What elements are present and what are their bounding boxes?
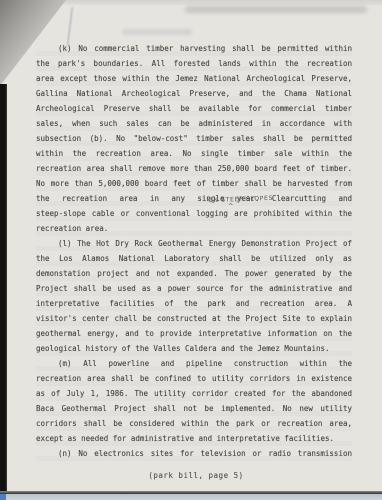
text-line: subsection (b). No "below-cost" timber s… bbox=[36, 131, 352, 146]
text-line: the park's boundaries. All forested land… bbox=[36, 56, 352, 71]
text-line: interpretative facilities of the park an… bbox=[36, 296, 352, 311]
text-line: demonstation project and not expanded. T… bbox=[36, 266, 352, 281]
text-line: the recreation area in any single year. … bbox=[36, 191, 352, 206]
scanned-page: (k) No commercial timber harvesting shal… bbox=[0, 0, 382, 500]
text-line: No more than 5,000,000 board feet of tim… bbox=[36, 176, 352, 191]
text-line: corridors shall be considered within the… bbox=[36, 416, 352, 431]
text-line: Baca Geothermal Project shall not be imp… bbox=[36, 401, 352, 416]
text-line: Gallina National Archeological Preserve,… bbox=[36, 86, 352, 101]
text-line: Project shall be used as a power source … bbox=[36, 281, 352, 296]
text-line: within the recreation area. No single ti… bbox=[36, 146, 352, 161]
scan-left-edge bbox=[0, 84, 7, 492]
text-line-with-insertion: steep-slope cable or conventional loggin… bbox=[36, 206, 352, 221]
scan-smudge bbox=[185, 6, 367, 13]
document-body: (k) No commercial timber harvesting shal… bbox=[36, 41, 352, 461]
page-footer: (park bill, page 5) bbox=[0, 471, 382, 480]
text-line: (m) All powerline and pipeline construct… bbox=[36, 356, 352, 371]
text-line: as of July 1, 1986. The utility corridor… bbox=[36, 386, 352, 401]
scanner-bed-strip bbox=[0, 494, 382, 500]
text-line: except as needed for administrative and … bbox=[36, 431, 352, 446]
text-line: visitor's center chall be constructed at… bbox=[36, 311, 352, 326]
text-line: geothermal energy, and to provide interp… bbox=[36, 326, 352, 341]
text-line: Archeological Preserve shall be availabl… bbox=[36, 101, 352, 116]
scan-smudge bbox=[122, 29, 192, 35]
text-line: recreation area. bbox=[36, 221, 352, 236]
text-line: geological history of the Valles Caldera… bbox=[36, 341, 352, 356]
text-line: area except those within the Jemez Natio… bbox=[36, 71, 352, 86]
text-line: sales, when such sales can be administer… bbox=[36, 116, 352, 131]
text-line: the Los Alamos National Laboratory shall… bbox=[36, 251, 352, 266]
text-line: recreation area shall remove more than 2… bbox=[36, 161, 352, 176]
text-line: (n) No electronics sites for television … bbox=[36, 446, 352, 461]
scan-artifact-blue bbox=[0, 494, 6, 500]
insertion-caret: ^ bbox=[228, 202, 233, 210]
text-line: recreation area shall be confined to uti… bbox=[36, 371, 352, 386]
text-line: (l) The Hot Dry Rock Geothermal Energy D… bbox=[36, 236, 352, 251]
text-line: (k) No commercial timber harvesting shal… bbox=[36, 41, 352, 56]
